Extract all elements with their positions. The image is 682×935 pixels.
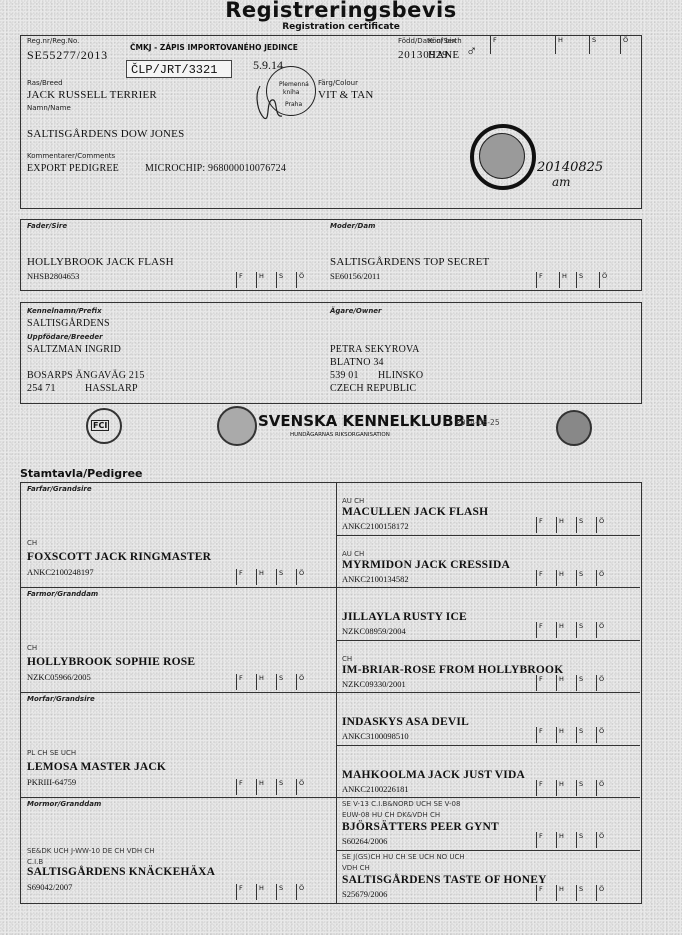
pedigree-title: Stamtavla/Pedigree xyxy=(20,467,143,480)
dam-reg: SE60156/2011 xyxy=(330,271,380,281)
grandparent-titles: PL CH SE UCH xyxy=(27,749,76,757)
grandparent-label: Farfar/Grandsire xyxy=(27,485,92,493)
great-grandparent-fhso: FHSÖ xyxy=(536,727,617,743)
owner-name: PETRA SEKYROVA xyxy=(330,344,420,355)
owner-zip: 539 01 xyxy=(330,370,359,381)
great-grandparent-fhso: FHSÖ xyxy=(536,675,617,691)
grandparent-reg: S69042/2007 xyxy=(27,882,72,892)
club-name: SVENSKA KENNELKLUBBEN xyxy=(258,412,488,430)
pedigree-subrow-divider xyxy=(336,745,640,746)
great-grandparent-name: SALTISGÅRDENS TASTE OF HONEY xyxy=(342,874,547,886)
sire-fhso: FHSÖ xyxy=(236,272,316,288)
great-grandparent-reg: ANKC3100098510 xyxy=(342,731,409,741)
great-grandparent-name: MYRMIDON JACK CRESSIDA xyxy=(342,559,510,571)
owner-country: CZECH REPUBLIC xyxy=(330,383,416,394)
sex: HANE xyxy=(428,49,459,61)
pedigree-row-divider xyxy=(20,692,640,693)
certificate-subtitle: Registration certificate xyxy=(0,22,682,32)
great-grandparent-name: BJÖRSÄTTERS PEER GYNT xyxy=(342,821,499,833)
grandparent-reg: NZKC05966/2005 xyxy=(27,672,91,682)
handwritten-date: 20140825 xyxy=(537,160,603,175)
great-grandparent-name: MACULLEN JACK FLASH xyxy=(342,506,488,518)
dog-name: SALTISGÅRDENS DOW JONES xyxy=(27,128,184,140)
great-grandparent-reg: ANKC2100134582 xyxy=(342,574,409,584)
dam-label: Moder/Dam xyxy=(330,222,375,230)
great-grandparent-titles-2: VDH CH xyxy=(342,864,370,872)
signature-icon xyxy=(252,82,292,124)
club-subtitle: HUNDÄGARNAS RIKSORGANISATION xyxy=(290,432,390,438)
breeder-address: BOSARPS ÄNGAVÄG 215 xyxy=(27,370,145,381)
grandparent-fhso: FHSÖ xyxy=(236,884,317,900)
issue-date: 2014-08-25 xyxy=(456,418,500,427)
owner-address: BLATNO 34 xyxy=(330,357,384,368)
great-grandparent-name: JILLAYLA RUSTY ICE xyxy=(342,611,467,623)
great-grandparent-titles: SE J(GS)CH HU CH SE UCH NO UCH xyxy=(342,853,465,861)
dam-fhso: FHSÖ xyxy=(536,272,620,288)
great-grandparent-name: MAHKOOLMA JACK JUST VIDA xyxy=(342,769,525,781)
grandparent-fhso: FHSÖ xyxy=(236,674,317,690)
grandparent-label: Farmor/Granddam xyxy=(27,590,98,598)
great-grandparent-titles: CH xyxy=(342,655,352,663)
comments: EXPORT PEDIGREE xyxy=(27,163,119,174)
sex-label: Kön/Sex xyxy=(428,37,456,45)
breed: JACK RUSSELL TERRIER xyxy=(27,89,157,101)
scandinavian-clubs-emblem-icon xyxy=(556,410,592,446)
handwritten-initials: am xyxy=(552,175,571,189)
great-grandparent-reg: S25679/2006 xyxy=(342,889,387,899)
grandparent-label: Mormor/Granddam xyxy=(27,800,101,808)
grandparent-name: HOLLYBROOK SOPHIE ROSE xyxy=(27,656,195,668)
breeder-zip: 254 71 xyxy=(27,383,56,394)
colour: VIT & TAN xyxy=(318,89,374,101)
prefix: SALTISGÅRDENS xyxy=(27,318,110,329)
registration-box xyxy=(20,35,642,209)
great-grandparent-titles-2: EUW-08 HU CH DK&VDH CH xyxy=(342,811,440,819)
breeder-name: SALTZMAN INGRID xyxy=(27,344,121,355)
fci-logo-icon: FCI xyxy=(86,408,122,444)
sire-name: HOLLYBROOK JACK FLASH xyxy=(27,256,174,268)
breeder-city: HASSLARP xyxy=(85,383,138,394)
great-grandparent-reg: NZKC08959/2004 xyxy=(342,626,406,636)
pedigree-row-divider xyxy=(20,587,640,588)
pedigree-subrow-divider xyxy=(336,640,640,641)
male-symbol-icon: ♂ xyxy=(466,44,477,61)
great-grandparent-fhso: FHSÖ xyxy=(536,780,617,796)
grandparent-titles: CH xyxy=(27,539,37,547)
certificate-title: Registreringsbevis xyxy=(0,0,682,22)
colour-label: Färg/Colour xyxy=(318,79,358,87)
grandparent-name: SALTISGÅRDENS KNÄCKEHÄXA xyxy=(27,866,215,878)
sire-reg: NHSB2804653 xyxy=(27,271,79,281)
great-grandparent-reg: ANKC2100158172 xyxy=(342,521,409,531)
pedigree-subrow-divider xyxy=(336,850,640,851)
breeder-label: Uppfödare/Breeder xyxy=(27,333,103,341)
great-grandparent-fhso: FHSÖ xyxy=(536,832,617,848)
pedigree-row-divider xyxy=(20,797,640,798)
grandparent-reg: PKRIII-64759 xyxy=(27,777,76,787)
reg-no-label: Reg.nr/Reg.No. xyxy=(27,37,79,45)
grandparent-fhso: FHSÖ xyxy=(236,569,317,585)
great-grandparent-titles: AU CH xyxy=(342,550,364,558)
breed-label: Ras/Breed xyxy=(27,79,63,87)
great-grandparent-titles: AU CH xyxy=(342,497,364,505)
sire-label: Fader/Sire xyxy=(27,222,67,230)
great-grandparent-reg: S60264/2006 xyxy=(342,836,387,846)
great-grandparent-fhso: FHSÖ xyxy=(536,517,617,533)
skk-emblem-icon xyxy=(217,406,257,446)
great-grandparent-reg: ANKC2100226181 xyxy=(342,784,409,794)
grandparent-titles: SE&DK UCH J-WW-10 DE CH VDH CH xyxy=(27,847,155,855)
comments-label: Kommentarer/Comments xyxy=(27,152,115,160)
grandparent-titles: CH xyxy=(27,644,37,652)
grandparent-name: LEMOSA MASTER JACK xyxy=(27,761,166,773)
fhso-boxes: F H S Ö xyxy=(490,36,651,54)
name-label: Namn/Name xyxy=(27,104,71,112)
kennel-club-seal-icon xyxy=(470,124,536,190)
owner-city: HLINSKO xyxy=(378,370,423,381)
microchip: MICROCHIP: 968000010076724 xyxy=(145,163,286,174)
great-grandparent-titles: SE V-13 C.I.B&NORD UCH SE V-08 xyxy=(342,800,460,808)
grandparent-titles-2: C.I.B xyxy=(27,858,43,866)
import-stamp-text: ČMKJ - ZÁPIS IMPORTOVANÉHO JEDINCE xyxy=(130,43,298,52)
great-grandparent-fhso: FHSÖ xyxy=(536,885,617,901)
grandparent-fhso: FHSÖ xyxy=(236,779,317,795)
great-grandparent-reg: NZKC09330/2001 xyxy=(342,679,406,689)
dam-name: SALTISGÅRDENS TOP SECRET xyxy=(330,256,489,268)
owner-label: Ägare/Owner xyxy=(330,307,382,315)
great-grandparent-name: INDASKYS ASA DEVIL xyxy=(342,716,469,728)
grandparent-label: Morfar/Grandsire xyxy=(27,695,95,703)
prefix-label: Kennelnamn/Prefix xyxy=(27,307,102,315)
great-grandparent-name: IM-BRIAR-ROSE FROM HOLLYBROOK xyxy=(342,664,563,676)
import-number-field: ČLP/JRT/3321 xyxy=(126,60,232,78)
great-grandparent-fhso: FHSÖ xyxy=(536,570,617,586)
reg-no: SE55277/2013 xyxy=(27,48,108,63)
pedigree-subrow-divider xyxy=(336,535,640,536)
great-grandparent-fhso: FHSÖ xyxy=(536,622,617,638)
grandparent-name: FOXSCOTT JACK RINGMASTER xyxy=(27,551,211,563)
grandparent-reg: ANKC2100248197 xyxy=(27,567,94,577)
